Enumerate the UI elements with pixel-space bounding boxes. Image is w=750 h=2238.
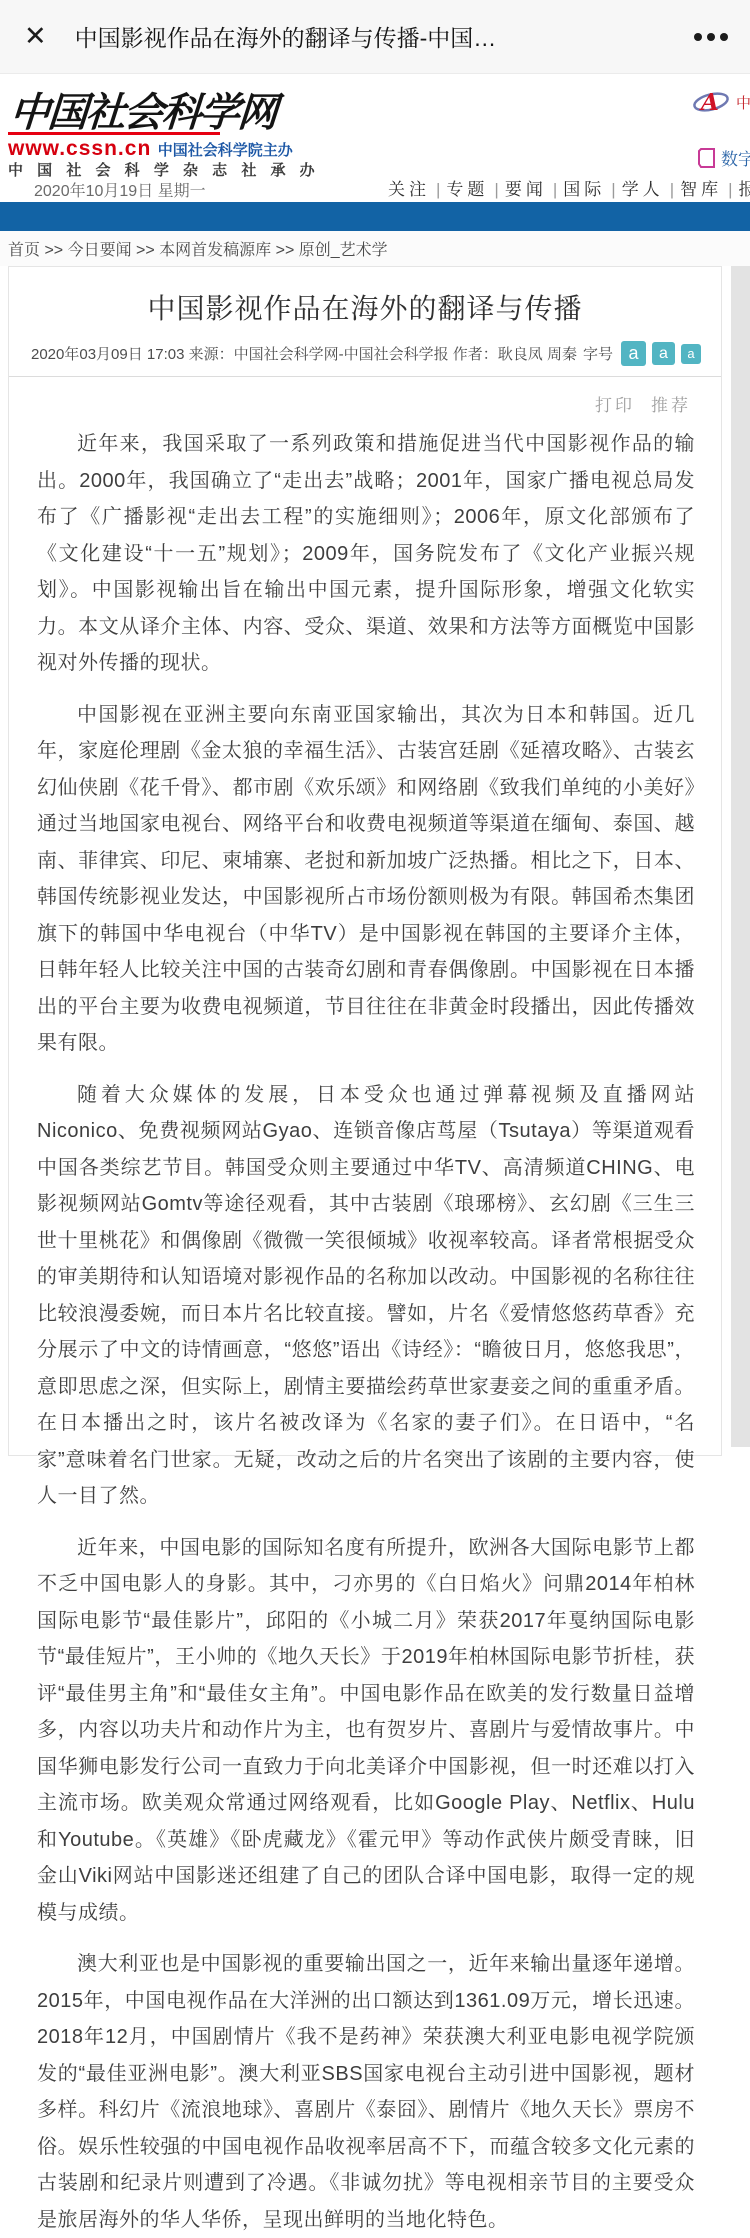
nav-item-zhuanti[interactable]: 专题: [446, 180, 488, 199]
header-date: 2020年10月19日 星期一: [34, 178, 206, 201]
font-size-controls: 字号 a a a: [583, 341, 701, 366]
paragraph: 随着大众媒体的发展，日本受众也通过弹幕视频及直播网站Niconico、免费视频网…: [37, 1077, 695, 1448]
nav-separator: |: [553, 180, 557, 199]
nav-item-yaowen[interactable]: 要闻: [505, 180, 547, 199]
nav-separator: |: [670, 180, 674, 199]
cass-a-icon: A: [692, 87, 730, 117]
paragraph: 中国影视在亚洲主要向东南亚国家输出，其次为日本和韩国。近几年，家庭伦理剧《金太狼…: [37, 697, 695, 1062]
breadcrumb-text: 首页 >> 今日要闻 >> 本网首发稿源库 >> 原创_艺术学: [8, 237, 388, 260]
nav-separator: |: [611, 180, 615, 199]
recommend-button[interactable]: 推荐: [651, 391, 691, 416]
browser-top-bar: ✕ 中国影视作品在海外的翻译与传播-中国…: [0, 0, 750, 74]
article-title: 中国影视作品在海外的翻译与传播: [9, 287, 721, 327]
breadcrumb[interactable]: 首页 >> 今日要闻 >> 本网首发稿源库 >> 原创_艺术学: [0, 231, 750, 266]
site-url[interactable]: www.cssn.cn: [8, 137, 151, 160]
font-size-large-button[interactable]: a: [621, 341, 646, 366]
article-actions: 打印 推荐: [9, 377, 721, 416]
nav-separator: |: [728, 180, 732, 199]
font-size-medium-button[interactable]: a: [652, 342, 675, 365]
close-icon[interactable]: ✕: [24, 23, 47, 50]
nav-item-zhiku[interactable]: 智库: [680, 180, 722, 199]
digital-paper-label: 数字报: [721, 145, 750, 170]
nav-item-guoji[interactable]: 国际: [563, 180, 605, 199]
digital-paper-icon: [698, 148, 715, 168]
article-body: 近年来，我国采取了一系列政策和措施促进当代中国影视作品的输出。2000年，我国确…: [9, 416, 721, 1447]
nav-separator: |: [436, 180, 440, 199]
article-meta: 2020年03月09日 17:03 来源：中国社会科学网-中国社会科学报 作者：…: [31, 343, 577, 364]
page-side-strip: [731, 266, 750, 1447]
nav-item-guanzhu[interactable]: 关注: [388, 180, 430, 199]
main-nav: 关注|专题|要闻|国际|学人|智库|报刊: [388, 175, 750, 200]
nav-item-baokan[interactable]: 报刊: [739, 180, 750, 199]
nav-separator: |: [494, 180, 498, 199]
print-button[interactable]: 打印: [595, 391, 635, 416]
site-header: 中国社会科学网 www.cssn.cn 中国社会科学院主办 中 国 社 会 科 …: [0, 75, 750, 202]
site-logo[interactable]: 中国社会科学网: [8, 81, 278, 138]
page-title-bar: 中国影视作品在海外的翻译与传播-中国…: [75, 20, 497, 53]
font-size-small-button[interactable]: a: [681, 344, 701, 364]
svg-text:A: A: [699, 89, 719, 116]
article-meta-row: 2020年03月09日 17:03 来源：中国社会科学网-中国社会科学报 作者：…: [9, 341, 721, 377]
cass-emblem: A 中国社会科学: [692, 87, 750, 117]
cass-emblem-label: 中国社会科学: [736, 92, 750, 113]
logo-underline: [8, 132, 220, 135]
header-blue-bar: [0, 202, 750, 231]
paragraph: 近年来，我国采取了一系列政策和措施促进当代中国影视作品的输出。2000年，我国确…: [37, 426, 695, 682]
more-menu-icon[interactable]: [694, 33, 728, 41]
site-host-label: 中国社会科学院主办: [158, 142, 293, 159]
article-container: 中国影视作品在海外的翻译与传播 2020年03月09日 17:03 来源：中国社…: [8, 266, 722, 1447]
digital-paper-link[interactable]: 数字报: [698, 145, 750, 170]
font-size-label: 字号: [583, 343, 613, 364]
nav-item-xueren[interactable]: 学人: [622, 180, 664, 199]
site-undertaker-label: 中 国 社 会 科 学 杂 志 社 承 办: [8, 159, 320, 180]
